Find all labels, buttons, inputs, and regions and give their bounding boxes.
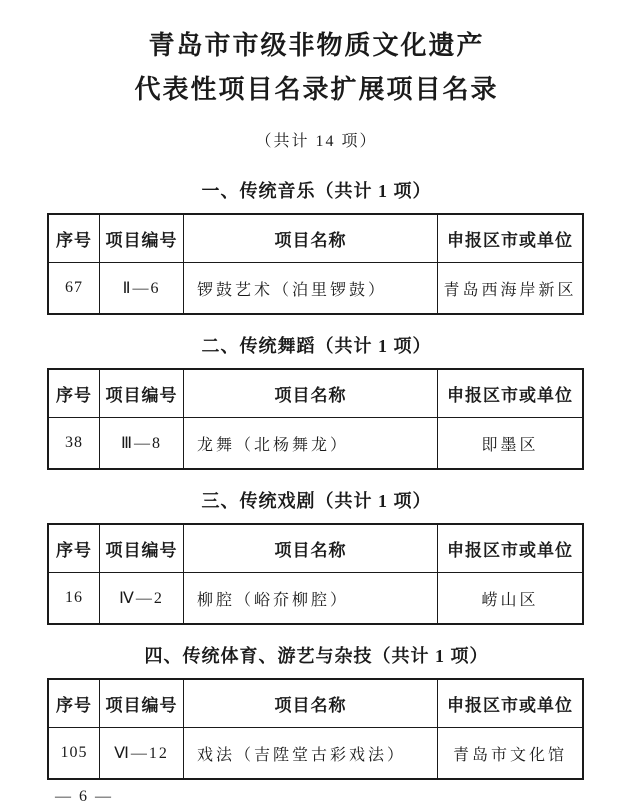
col-header-name: 项目名称 (184, 369, 438, 418)
col-header-unit: 申报区市或单位 (438, 369, 584, 418)
table-header-row: 序号 项目编号 项目名称 申报区市或单位 (48, 679, 583, 728)
page-number: — 6 — (55, 788, 633, 806)
cell-unit: 崂山区 (438, 573, 584, 625)
table-header-row: 序号 项目编号 项目名称 申报区市或单位 (48, 369, 583, 418)
table-header-row: 序号 项目编号 项目名称 申报区市或单位 (48, 524, 583, 573)
cell-name: 龙舞（北杨舞龙） (184, 418, 438, 470)
section-traditional-drama: 三、传统戏剧（共计 1 项） 序号 项目编号 项目名称 申报区市或单位 16 Ⅳ… (0, 492, 633, 625)
col-header-name: 项目名称 (184, 524, 438, 573)
col-header-unit: 申报区市或单位 (438, 679, 584, 728)
document-title: 青岛市市级非物质文化遗产 代表性项目名录扩展项目名录 (0, 24, 633, 112)
cell-code: Ⅲ—8 (100, 418, 184, 470)
cell-name: 柳腔（峪夼柳腔） (184, 573, 438, 625)
section-heading: 二、传统舞蹈（共计 1 项） (0, 337, 633, 356)
cell-name: 锣鼓艺术（泊里锣鼓） (184, 263, 438, 315)
cell-seq: 67 (48, 263, 100, 315)
table-row: 105 Ⅵ—12 戏法（吉陞堂古彩戏法） 青岛市文化馆 (48, 728, 583, 780)
section-traditional-sports-acrobatics: 四、传统体育、游艺与杂技（共计 1 项） 序号 项目编号 项目名称 申报区市或单… (0, 647, 633, 780)
col-header-seq: 序号 (48, 524, 100, 573)
cell-code: Ⅱ—6 (100, 263, 184, 315)
col-header-seq: 序号 (48, 679, 100, 728)
section-heading: 四、传统体育、游艺与杂技（共计 1 项） (0, 647, 633, 666)
col-header-unit: 申报区市或单位 (438, 524, 584, 573)
table-row: 67 Ⅱ—6 锣鼓艺术（泊里锣鼓） 青岛西海岸新区 (48, 263, 583, 315)
cell-unit: 即墨区 (438, 418, 584, 470)
cell-code: Ⅳ—2 (100, 573, 184, 625)
cell-unit: 青岛西海岸新区 (438, 263, 584, 315)
cell-seq: 16 (48, 573, 100, 625)
col-header-code: 项目编号 (100, 524, 184, 573)
col-header-code: 项目编号 (100, 679, 184, 728)
col-header-name: 项目名称 (184, 679, 438, 728)
section-traditional-music: 一、传统音乐（共计 1 项） 序号 项目编号 项目名称 申报区市或单位 67 Ⅱ… (0, 182, 633, 315)
items-table: 序号 项目编号 项目名称 申报区市或单位 16 Ⅳ—2 柳腔（峪夼柳腔） 崂山区 (47, 523, 584, 625)
col-header-seq: 序号 (48, 214, 100, 263)
table-header-row: 序号 项目编号 项目名称 申报区市或单位 (48, 214, 583, 263)
document-page: 青岛市市级非物质文化遗产 代表性项目名录扩展项目名录 （共计 14 项） 一、传… (0, 0, 633, 812)
col-header-unit: 申报区市或单位 (438, 214, 584, 263)
col-header-code: 项目编号 (100, 214, 184, 263)
table-row: 38 Ⅲ—8 龙舞（北杨舞龙） 即墨区 (48, 418, 583, 470)
col-header-seq: 序号 (48, 369, 100, 418)
cell-seq: 38 (48, 418, 100, 470)
cell-name: 戏法（吉陞堂古彩戏法） (184, 728, 438, 780)
cell-unit: 青岛市文化馆 (438, 728, 584, 780)
col-header-name: 项目名称 (184, 214, 438, 263)
items-table: 序号 项目编号 项目名称 申报区市或单位 67 Ⅱ—6 锣鼓艺术（泊里锣鼓） 青… (47, 213, 584, 315)
section-heading: 一、传统音乐（共计 1 项） (0, 182, 633, 201)
cell-code: Ⅵ—12 (100, 728, 184, 780)
col-header-code: 项目编号 (100, 369, 184, 418)
section-traditional-dance: 二、传统舞蹈（共计 1 项） 序号 项目编号 项目名称 申报区市或单位 38 Ⅲ… (0, 337, 633, 470)
cell-seq: 105 (48, 728, 100, 780)
title-line-1: 青岛市市级非物质文化遗产 (0, 24, 633, 68)
items-table: 序号 项目编号 项目名称 申报区市或单位 38 Ⅲ—8 龙舞（北杨舞龙） 即墨区 (47, 368, 584, 470)
table-row: 16 Ⅳ—2 柳腔（峪夼柳腔） 崂山区 (48, 573, 583, 625)
section-heading: 三、传统戏剧（共计 1 项） (0, 492, 633, 511)
title-line-2: 代表性项目名录扩展项目名录 (0, 68, 633, 112)
items-table: 序号 项目编号 项目名称 申报区市或单位 105 Ⅵ—12 戏法（吉陞堂古彩戏法… (47, 678, 584, 780)
document-subtitle: （共计 14 项） (0, 132, 633, 152)
